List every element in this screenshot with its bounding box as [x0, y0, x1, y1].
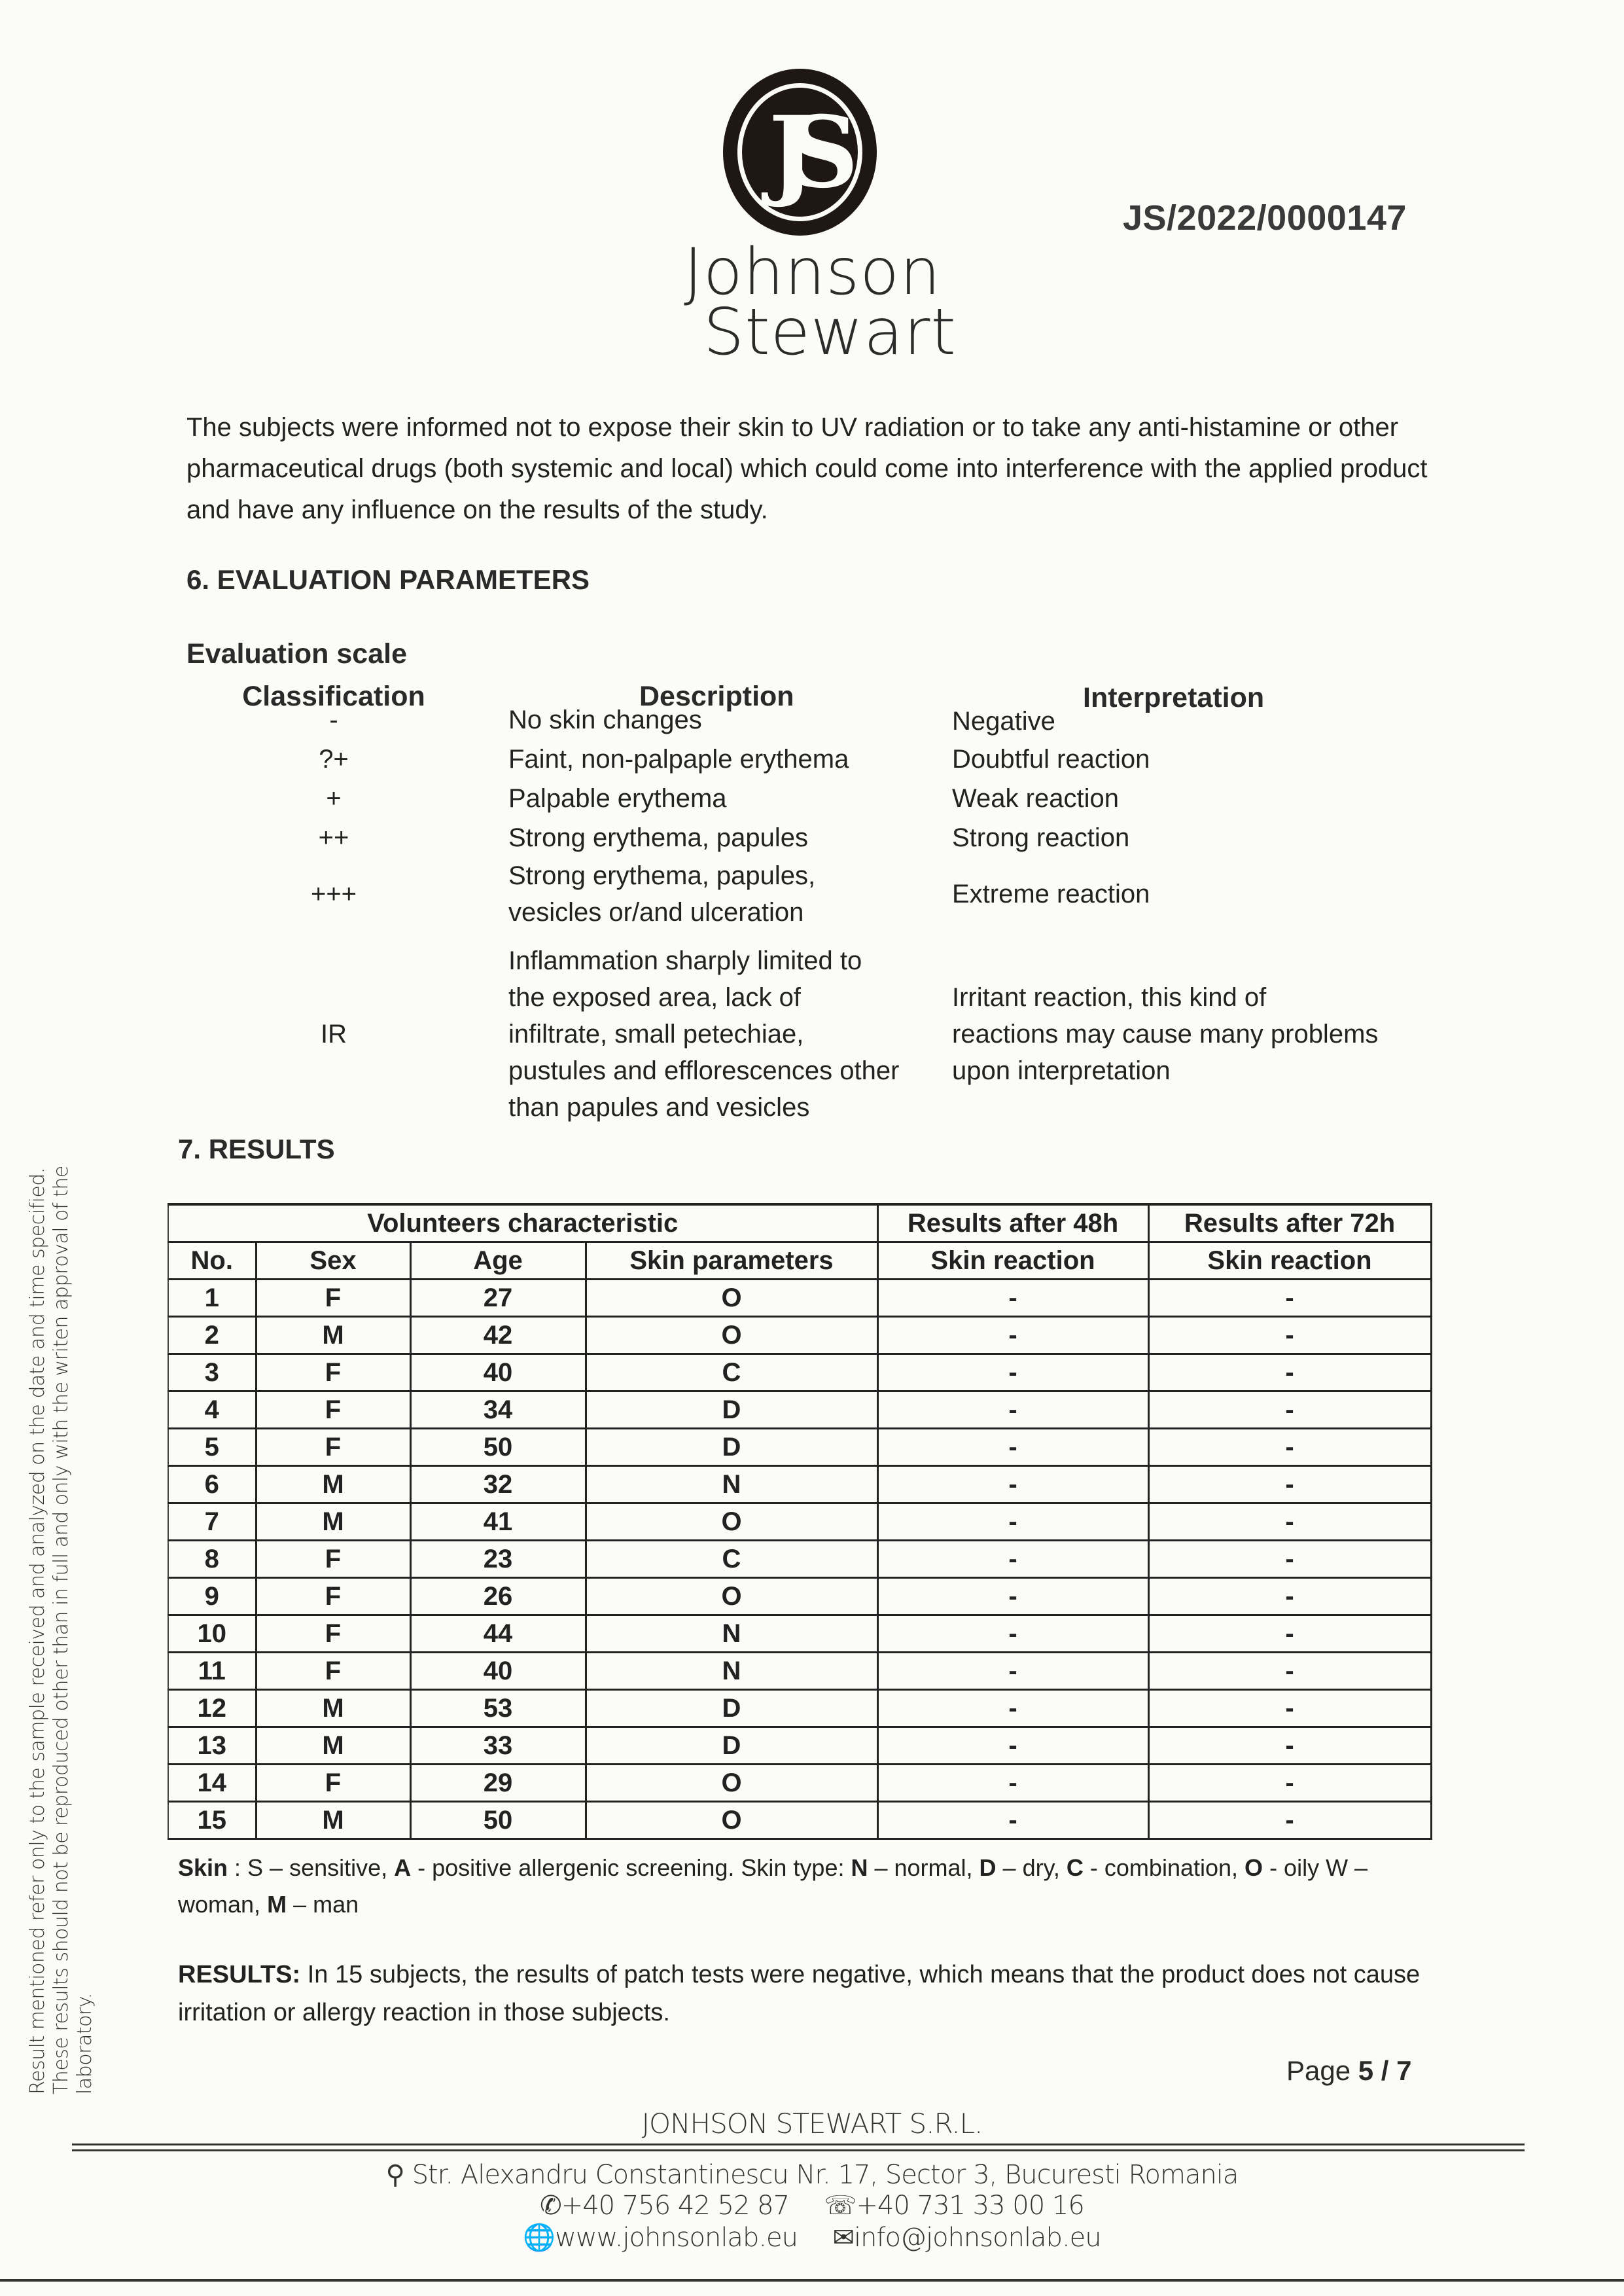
col-header-sex: Sex: [256, 1242, 410, 1280]
table-row: 8F23C--: [168, 1541, 1431, 1578]
logo-wordmark: Johnson Stewart: [684, 242, 945, 363]
results-table: Volunteers characteristic Results after …: [168, 1203, 1432, 1840]
classification-cell: +++: [186, 876, 481, 912]
logo-emblem: JS: [723, 69, 877, 236]
summary-label: RESULTS:: [178, 1961, 300, 1988]
table-row: 11F40N--: [168, 1653, 1431, 1690]
table-row: 7M41O--: [168, 1503, 1431, 1541]
skin-param-cell: O: [586, 1317, 877, 1354]
reaction-48h-cell: -: [877, 1354, 1148, 1391]
footer-divider: [72, 2144, 1525, 2145]
reaction-72h-cell: -: [1148, 1802, 1431, 1839]
reaction-48h-cell: -: [877, 1541, 1148, 1578]
location-pin-icon: ⚲: [386, 2160, 404, 2190]
classification-cell: ++: [186, 819, 481, 856]
reaction-48h-cell: -: [877, 1578, 1148, 1615]
no-cell: 8: [168, 1541, 256, 1578]
table-row: 5F50D--: [168, 1429, 1431, 1466]
skin-param-cell: O: [586, 1765, 877, 1802]
age-cell: 27: [410, 1280, 586, 1317]
skin-param-cell: O: [586, 1802, 877, 1839]
group-header-volunteers: Volunteers characteristic: [168, 1204, 877, 1242]
reaction-72h-cell: -: [1148, 1690, 1431, 1727]
no-cell: 5: [168, 1429, 256, 1466]
reaction-48h-cell: -: [877, 1765, 1148, 1802]
intro-paragraph: The subjects were informed not to expose…: [186, 407, 1430, 531]
reaction-72h-cell: -: [1148, 1429, 1431, 1466]
age-cell: 34: [410, 1391, 586, 1429]
skin-param-cell: C: [586, 1354, 877, 1391]
age-cell: 40: [410, 1653, 586, 1690]
sex-cell: M: [256, 1802, 410, 1839]
reaction-72h-cell: -: [1148, 1765, 1431, 1802]
skin-legend: Skin : S – sensitive, A - positive aller…: [178, 1850, 1428, 1923]
age-cell: 44: [410, 1615, 586, 1653]
reaction-72h-cell: -: [1148, 1503, 1431, 1541]
footer-phone[interactable]: +40 756 42 52 87: [561, 2191, 789, 2221]
col-header-no: No.: [168, 1242, 256, 1280]
skin-param-cell: N: [586, 1653, 877, 1690]
phone-icon: ✆: [540, 2191, 561, 2221]
sex-cell: M: [256, 1727, 410, 1765]
age-cell: 53: [410, 1690, 586, 1727]
no-cell: 10: [168, 1615, 256, 1653]
no-cell: 4: [168, 1391, 256, 1429]
sex-cell: M: [256, 1503, 410, 1541]
sex-cell: M: [256, 1690, 410, 1727]
skin-param-cell: O: [586, 1503, 877, 1541]
table-row: 9F26O--: [168, 1578, 1431, 1615]
sex-cell: F: [256, 1541, 410, 1578]
description-cell: Strong erythema, papules,vesicles or/and…: [508, 857, 966, 931]
description-cell: Faint, non-palpaple erythema: [508, 741, 966, 778]
reaction-72h-cell: -: [1148, 1391, 1431, 1429]
reaction-48h-cell: -: [877, 1466, 1148, 1503]
reaction-72h-cell: -: [1148, 1354, 1431, 1391]
reaction-48h-cell: -: [877, 1317, 1148, 1354]
sex-cell: F: [256, 1765, 410, 1802]
no-cell: 11: [168, 1653, 256, 1690]
page-bottom-rule: [0, 2279, 1624, 2282]
reaction-72h-cell: -: [1148, 1727, 1431, 1765]
reaction-72h-cell: -: [1148, 1466, 1431, 1503]
table-row: 10F44N--: [168, 1615, 1431, 1653]
footer-address: ⚲ Str. Alexandru Constantinescu Nr. 17, …: [0, 2160, 1624, 2190]
section-7-title: 7. RESULTS: [178, 1134, 335, 1165]
summary-text: In 15 subjects, the results of patch tes…: [178, 1961, 1420, 2026]
skin-param-cell: D: [586, 1391, 877, 1429]
table-row: 6M32N--: [168, 1466, 1431, 1503]
group-header-72h: Results after 72h: [1148, 1204, 1431, 1242]
sex-cell: F: [256, 1391, 410, 1429]
skin-param-cell: D: [586, 1429, 877, 1466]
interpretation-cell: Strong reaction: [952, 819, 1430, 856]
footer-phones: ✆+40 756 42 52 87 ☏+40 731 33 00 16: [0, 2191, 1624, 2221]
skin-param-cell: N: [586, 1615, 877, 1653]
footer-fax: +40 731 33 00 16: [856, 2191, 1084, 2221]
reaction-48h-cell: -: [877, 1503, 1148, 1541]
sex-cell: F: [256, 1429, 410, 1466]
no-cell: 6: [168, 1466, 256, 1503]
side-disclaimer: Result mentioned refer only to the sampl…: [26, 1093, 97, 2094]
age-cell: 50: [410, 1802, 586, 1839]
sex-cell: M: [256, 1466, 410, 1503]
page-number: Page 5 / 7: [1286, 2055, 1412, 2087]
no-cell: 13: [168, 1727, 256, 1765]
skin-param-cell: N: [586, 1466, 877, 1503]
footer-email-link[interactable]: info@johnsonlab.eu: [854, 2223, 1101, 2253]
no-cell: 3: [168, 1354, 256, 1391]
description-cell: Strong erythema, papules: [508, 819, 966, 856]
classification-cell: -: [186, 702, 481, 738]
skin-param-cell: D: [586, 1690, 877, 1727]
no-cell: 15: [168, 1802, 256, 1839]
skin-param-cell: D: [586, 1727, 877, 1765]
reaction-48h-cell: -: [877, 1429, 1148, 1466]
interpretation-cell: Weak reaction: [952, 780, 1430, 817]
fax-icon: ☏: [824, 2191, 856, 2221]
no-cell: 7: [168, 1503, 256, 1541]
age-cell: 33: [410, 1727, 586, 1765]
footer-website-link[interactable]: www.johnsonlab.eu: [555, 2223, 798, 2253]
col-header-skin-parameters: Skin parameters: [586, 1242, 877, 1280]
footer-company-name: JONHSON STEWART S.R.L.: [0, 2108, 1624, 2140]
reaction-72h-cell: -: [1148, 1280, 1431, 1317]
table-row: 3F40C--: [168, 1354, 1431, 1391]
page-current: 5: [1358, 2055, 1373, 2086]
sex-cell: F: [256, 1280, 410, 1317]
reaction-72h-cell: -: [1148, 1615, 1431, 1653]
evaluation-scale-title: Evaluation scale: [186, 638, 407, 670]
classification-cell: IR: [186, 1016, 481, 1052]
age-cell: 40: [410, 1354, 586, 1391]
table-row: 2M42O--: [168, 1317, 1431, 1354]
globe-icon: 🌐: [523, 2223, 555, 2253]
reaction-72h-cell: -: [1148, 1541, 1431, 1578]
footer-web: 🌐www.johnsonlab.eu ✉info@johnsonlab.eu: [0, 2222, 1624, 2253]
age-cell: 29: [410, 1765, 586, 1802]
group-header-48h: Results after 48h: [877, 1204, 1148, 1242]
reaction-48h-cell: -: [877, 1391, 1148, 1429]
table-row: 15M50O--: [168, 1802, 1431, 1839]
reaction-48h-cell: -: [877, 1653, 1148, 1690]
results-summary: RESULTS: In 15 subjects, the results of …: [178, 1956, 1428, 2032]
reaction-72h-cell: -: [1148, 1578, 1431, 1615]
side-disclaimer-line-1: Result mentioned refer only to the sampl…: [26, 1093, 50, 2094]
logo-monogram: JS: [723, 69, 877, 236]
col-header-age: Age: [410, 1242, 586, 1280]
classification-cell: ?+: [186, 741, 481, 778]
logo-line-1: Johnson: [684, 242, 945, 302]
footer-divider: [72, 2149, 1525, 2151]
side-disclaimer-line-2: These results should not be reproduced o…: [50, 1093, 97, 2094]
interpretation-cell: Extreme reaction: [952, 876, 1430, 912]
reaction-72h-cell: -: [1148, 1317, 1431, 1354]
email-icon: ✉: [832, 2223, 854, 2253]
description-cell: Palpable erythema: [508, 780, 966, 817]
classification-cell: +: [186, 780, 481, 817]
reaction-48h-cell: -: [877, 1802, 1148, 1839]
interpretation-cell: Doubtful reaction: [952, 741, 1430, 778]
no-cell: 2: [168, 1317, 256, 1354]
col-header-skin-reaction-72h: Skin reaction: [1148, 1242, 1431, 1280]
table-row: 12M53D--: [168, 1690, 1431, 1727]
table-row: 1F27O--: [168, 1280, 1431, 1317]
col-header-skin-reaction-48h: Skin reaction: [877, 1242, 1148, 1280]
section-6-title: 6. EVALUATION PARAMETERS: [186, 564, 590, 596]
sex-cell: F: [256, 1578, 410, 1615]
logo-line-2: Stewart: [684, 302, 945, 363]
skin-param-cell: O: [586, 1578, 877, 1615]
reaction-72h-cell: -: [1148, 1653, 1431, 1690]
skin-param-cell: C: [586, 1541, 877, 1578]
age-cell: 42: [410, 1317, 586, 1354]
sex-cell: F: [256, 1354, 410, 1391]
interpretation-cell: Irritant reaction, this kind ofreactions…: [952, 979, 1430, 1089]
no-cell: 9: [168, 1578, 256, 1615]
no-cell: 14: [168, 1765, 256, 1802]
sex-cell: F: [256, 1653, 410, 1690]
company-logo: JS: [720, 65, 883, 242]
document-id: JS/2022/0000147: [1123, 198, 1407, 238]
age-cell: 32: [410, 1466, 586, 1503]
interpretation-cell: Negative: [952, 703, 1430, 740]
table-row: 14F29O--: [168, 1765, 1431, 1802]
description-cell: Inflammation sharply limited tothe expos…: [508, 942, 966, 1126]
reaction-48h-cell: -: [877, 1615, 1148, 1653]
age-cell: 41: [410, 1503, 586, 1541]
age-cell: 23: [410, 1541, 586, 1578]
reaction-48h-cell: -: [877, 1280, 1148, 1317]
no-cell: 12: [168, 1690, 256, 1727]
age-cell: 50: [410, 1429, 586, 1466]
description-cell: No skin changes: [508, 702, 966, 738]
table-row: 4F34D--: [168, 1391, 1431, 1429]
skin-param-cell: O: [586, 1280, 877, 1317]
page-total: 7: [1396, 2055, 1411, 2086]
reaction-48h-cell: -: [877, 1690, 1148, 1727]
sex-cell: F: [256, 1615, 410, 1653]
no-cell: 1: [168, 1280, 256, 1317]
age-cell: 26: [410, 1578, 586, 1615]
reaction-48h-cell: -: [877, 1727, 1148, 1765]
table-row: 13M33D--: [168, 1727, 1431, 1765]
sex-cell: M: [256, 1317, 410, 1354]
